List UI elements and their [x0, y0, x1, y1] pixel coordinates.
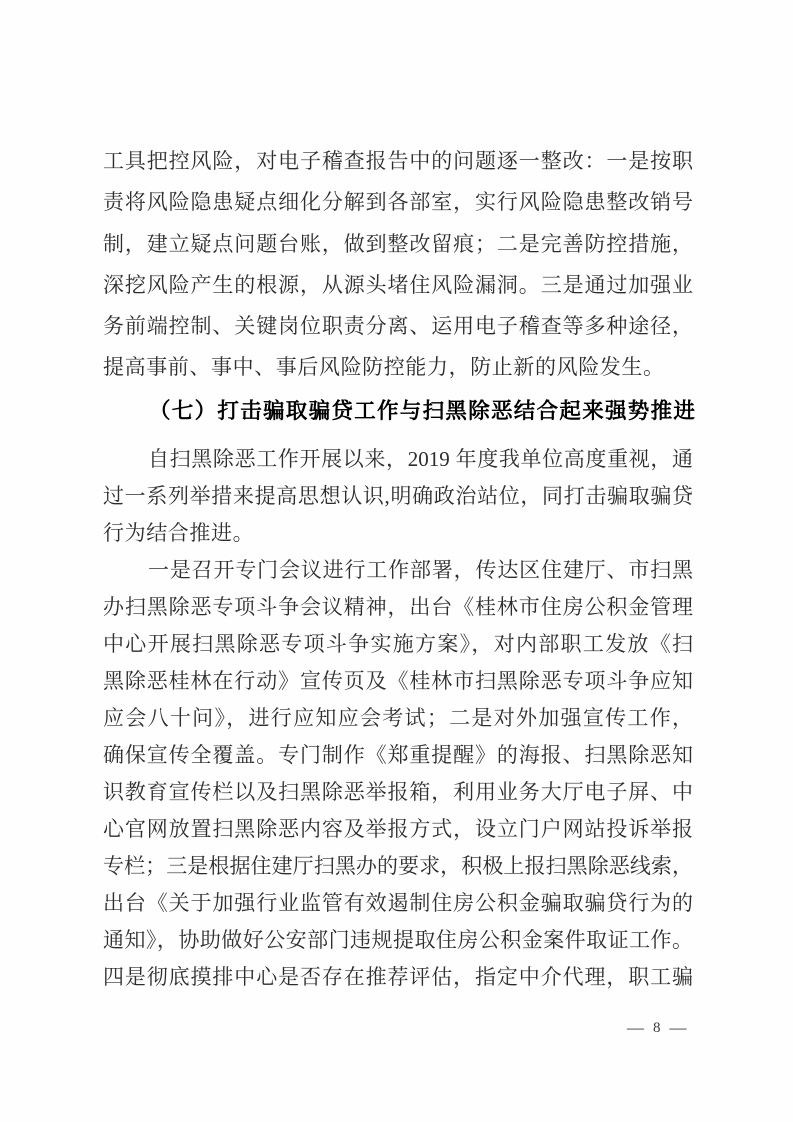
footer-right-dash: — [670, 1018, 687, 1038]
body-text-line: 务前端控制、关键岗位职责分离、运用电子稽查等多种途径， [103, 306, 693, 347]
body-text-line: 识教育宣传栏以及扫黑除恶举报箱，利用业务大厅电子屏、中 [103, 774, 693, 811]
body-text-line: 确保宣传全覆盖。专门制作《郑重提醒》的海报、扫黑除恶知 [103, 737, 693, 774]
body-text-line: 办扫黑除恶专项斗争会议精神，出台《桂林市住房公积金管理 [103, 589, 693, 626]
body-text-line: 责将风险隐患疑点细化分解到各部室，实行风险隐患整改销号 [103, 182, 693, 223]
footer-left-dash: — [627, 1018, 644, 1038]
body-text-line: 一是召开专门会议进行工作部署，传达区住建厅、市扫黑 [103, 552, 693, 589]
body-text-line: 深挖风险产生的根源，从源头堵住风险漏洞。三是通过加强业 [103, 265, 693, 306]
body-text-line: 制，建立疑点问题台账，做到整改留痕；二是完善防控措施， [103, 224, 693, 265]
page-number: 8 [653, 1018, 661, 1038]
body-text-line: 提高事前、事中、事后风险防控能力，防止新的风险发生。 [103, 347, 693, 388]
body-text-line: 心官网放置扫黑除恶内容及举报方式，设立门户网站投诉举报 [103, 811, 693, 848]
body-text-line: 四是彻底摸排中心是否存在推荐评估，指定中介代理，职工骗 [103, 959, 693, 996]
page-footer: — 8 — [627, 1018, 687, 1038]
body-text-line: 行为结合推进。 [103, 515, 693, 552]
paragraph-risk-control: 工具把控风险，对电子稽查报告中的问题逐一整改：一是按职 责将风险隐患疑点细化分解… [103, 141, 693, 389]
body-text-line: 中心开展扫黑除恶专项斗争实施方案》，对内部职工发放《扫 [103, 626, 693, 663]
body-text-line: 黑除恶桂林在行动》宣传页及《桂林市扫黑除恶专项斗争应知 [103, 663, 693, 700]
paragraph-campaign-measures: 一是召开专门会议进行工作部署，传达区住建厅、市扫黑 办扫黑除恶专项斗争会议精神，… [103, 552, 693, 996]
body-text-line: 通知》，协助做好公安部门违规提取住房公积金案件取证工作。 [103, 922, 693, 959]
section-heading: （七）打击骗取骗贷工作与扫黑除恶结合起来强势推进 [103, 391, 723, 432]
paragraph-campaign-intro: 自扫黑除恶工作开展以来，2019 年度我单位高度重视，通 过一系列举措来提高思想… [103, 441, 693, 552]
body-text-line: 过一系列举措来提高思想认识,明确政治站位，同打击骗取骗贷 [103, 478, 693, 515]
body-text-line: 应会八十问》，进行应知应会考试；二是对外加强宣传工作， [103, 700, 693, 737]
body-text-line: 工具把控风险，对电子稽查报告中的问题逐一整改：一是按职 [103, 141, 693, 182]
document-page: 工具把控风险，对电子稽查报告中的问题逐一整改：一是按职 责将风险隐患疑点细化分解… [0, 0, 793, 1122]
body-text-line: 专栏；三是根据住建厅扫黑办的要求，积极上报扫黑除恶线索， [103, 848, 693, 885]
body-text-line: 出台《关于加强行业监管有效遏制住房公积金骗取骗贷行为的 [103, 885, 693, 922]
body-text-line: 自扫黑除恶工作开展以来，2019 年度我单位高度重视，通 [103, 441, 693, 478]
